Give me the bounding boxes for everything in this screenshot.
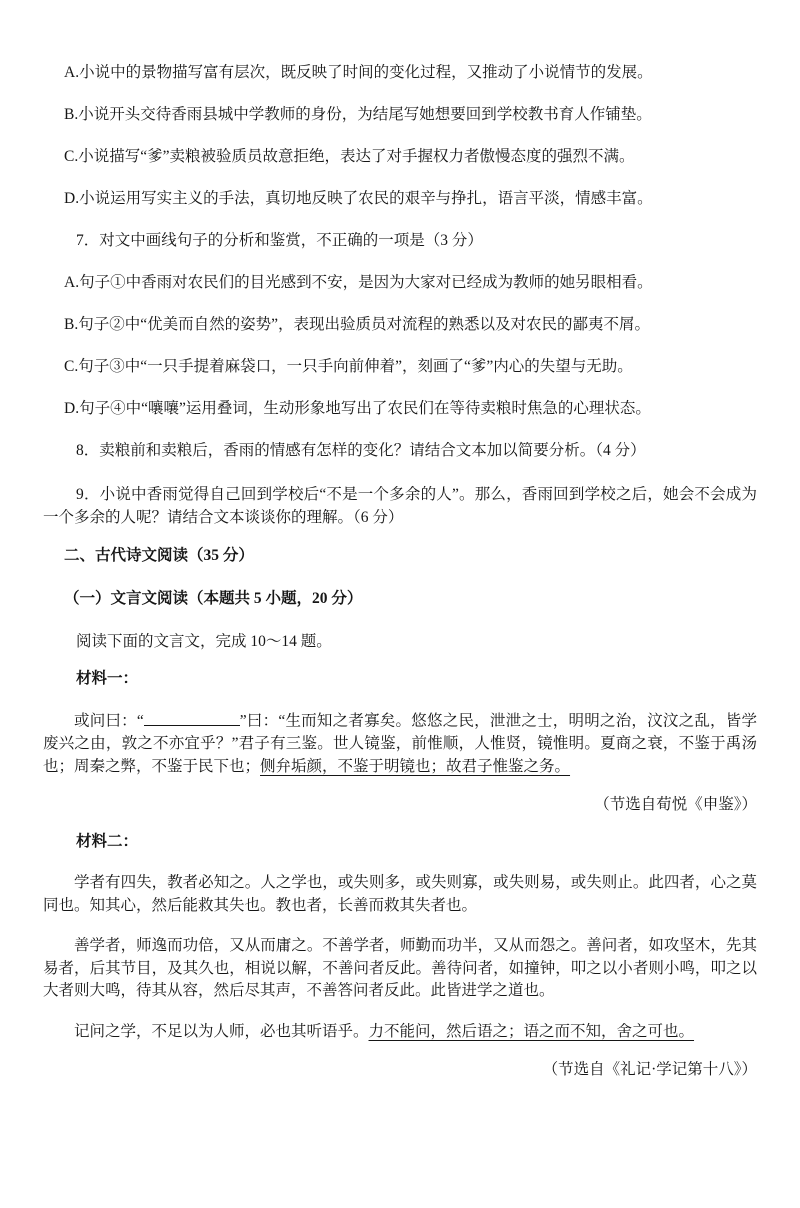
material1-label: 材料一：: [43, 670, 757, 687]
q7-stem: 7．对文中画线句子的分析和鉴赏，不正确的一项是（3 分）: [43, 232, 757, 249]
material1-text: 或问曰：“”曰：“生而知之者寡矣。悠悠之民，泄泄之士，明明之治，汶汶之乱，皆学废…: [43, 709, 757, 778]
exam-page: A.小说中的景物描写富有层次，既反映了时间的变化过程，又推动了小说情节的发展。 …: [0, 0, 800, 1208]
q6-option-c: C.小说描写“爹”卖粮被验质员故意拒绝，表达了对手握权力者傲慢态度的强烈不满。: [43, 148, 757, 165]
material2-label: 材料二：: [43, 833, 757, 850]
reading-instruction: 阅读下面的文言文，完成 10～14 题。: [43, 633, 757, 650]
material2-source: （节选自《礼记·学记第十八》）: [43, 1061, 757, 1078]
section-title: 二、古代诗文阅读（35 分）: [43, 547, 757, 564]
material1-source: （节选自荀悦《申鉴》）: [43, 796, 757, 813]
material2-paragraph-2: 善学者，师逸而功倍，又从而庸之。不善学者，师勤而功半，又从而怨之。善问者，如攻坚…: [43, 935, 757, 1003]
fill-in-blank-line: [144, 709, 240, 726]
q7-option-a: A.句子①中香雨对农民们的目光感到不安，是因为大家对已经成为教师的她另眼相看。: [43, 274, 757, 291]
q6-option-d: D.小说运用写实主义的手法，真切地反映了农民的艰辛与挣扎，语言平淡，情感丰富。: [43, 190, 757, 207]
material1-underlined-sentence: 侧弁垢颜，不鉴于明镜也；故君子惟鉴之务。: [260, 758, 570, 775]
material2-p3-lead: 记问之学，不足以为人师，必也其听语乎。: [74, 1023, 369, 1040]
material2-underlined-sentence: 力不能问，然后语之；语之而不知，舍之可也。: [369, 1023, 695, 1040]
material2-paragraph-1: 学者有四失，教者必知之。人之学也，或失则多，或失则寡，或失则易，或失则止。此四者…: [43, 872, 757, 917]
q9-stem: 9．小说中香雨觉得自己回到学校后“不是一个多余的人”。那么，香雨回到学校之后，她…: [43, 484, 757, 529]
q7-option-d: D.句子④中“嚷嚷”运用叠词，生动形象地写出了农民们在等待卖粮时焦急的心理状态。: [43, 400, 757, 417]
q6-option-b: B.小说开头交待香雨县城中学教师的身份，为结尾写她想要回到学校教书育人作铺垫。: [43, 106, 757, 123]
material1-lead: 或问曰：“: [74, 713, 144, 730]
q6-option-a: A.小说中的景物描写富有层次，既反映了时间的变化过程，又推动了小说情节的发展。: [43, 64, 757, 81]
material2-paragraph-3: 记问之学，不足以为人师，必也其听语乎。力不能问，然后语之；语之而不知，舍之可也。: [43, 1021, 757, 1044]
subsection-title: （一）文言文阅读（本题共 5 小题，20 分）: [43, 590, 757, 607]
q7-option-b: B.句子②中“优美而自然的姿势”，表现出验质员对流程的熟悉以及对农民的鄙夷不屑。: [43, 316, 757, 333]
q8-stem: 8．卖粮前和卖粮后，香雨的情感有怎样的变化？请结合文本加以简要分析。（4 分）: [43, 442, 757, 459]
q7-option-c: C.句子③中“一只手提着麻袋口，一只手向前伸着”，刻画了“爹”内心的失望与无助。: [43, 358, 757, 375]
